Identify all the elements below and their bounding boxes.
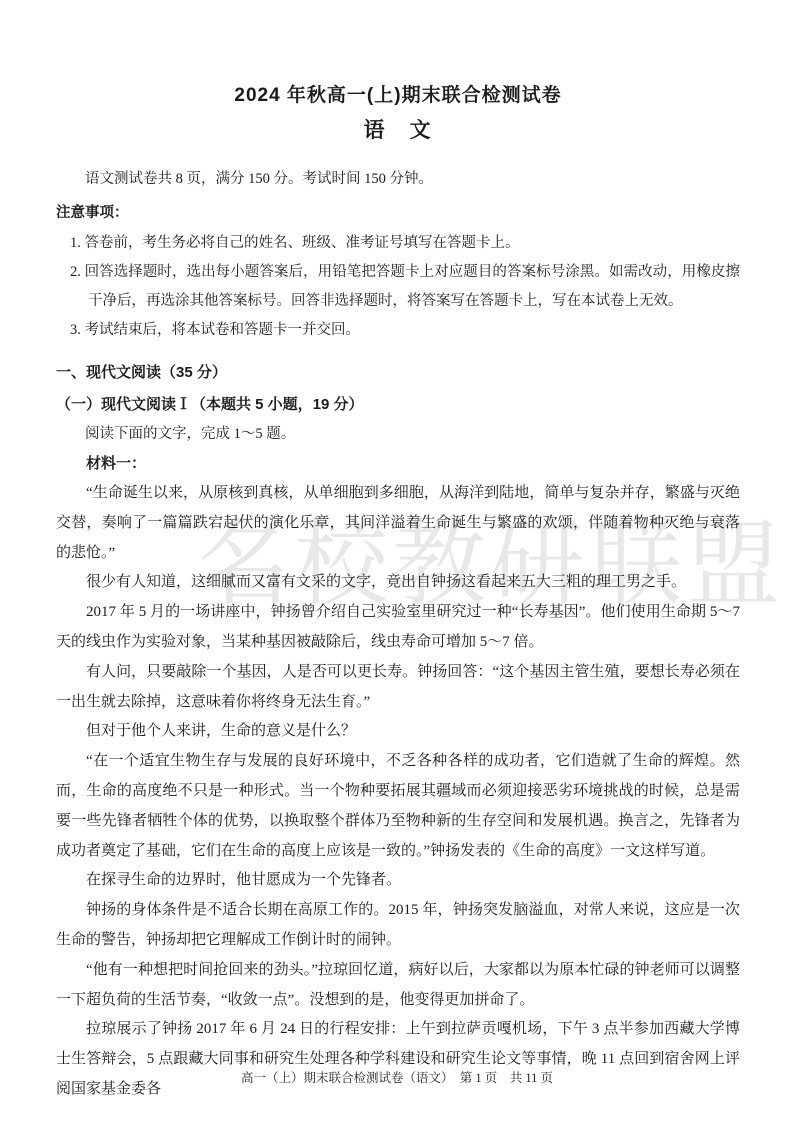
page-content: 2024 年秋高一(上)期末联合检测试卷 语 文 语文测试卷共 8 页，满分 1…	[56, 0, 740, 1105]
material-paragraph: 很少有人知道，这细腻而又富有文采的文字，竟出自钟扬这看起来五大三粗的理工男之手。	[56, 568, 740, 598]
material-paragraph: “生命诞生以来，从原核到真核，从单细胞到多细胞，从海洋到陆地，简单与复杂并存，繁…	[56, 479, 740, 568]
notice-item-2: 2. 回答选择题时，选出每小题答案后，用铅笔把答题卡上对应题目的答案标号涂黑。如…	[56, 258, 740, 316]
exam-title: 2024 年秋高一(上)期末联合检测试卷	[56, 84, 740, 108]
material-one-body: “生命诞生以来，从原核到真核，从单细胞到多细胞，从海洋到陆地，简单与复杂并存，繁…	[56, 479, 740, 1105]
reading-instruction: 阅读下面的文字，完成 1～5 题。	[56, 419, 740, 449]
notice-item-3: 3. 考试结束后，将本试卷和答题卡一并交回。	[56, 316, 740, 345]
material-paragraph: 在探寻生命的边界时，他甘愿成为一个先锋者。	[56, 866, 740, 896]
notice-item-1: 1. 答卷前，考生务必将自己的姓名、班级、准考证号填写在答题卡上。	[56, 229, 740, 258]
subsection-heading-reading-1: （一）现代文阅读Ⅰ（本题共 5 小题，19 分）	[56, 390, 740, 419]
notice-heading: 注意事项：	[56, 200, 740, 226]
section-heading-modern-reading: 一、现代文阅读（35 分）	[56, 358, 740, 387]
page-footer: 高一（上）期末联合检测试卷（语文） 第 1 页 共 11 页	[0, 1068, 794, 1088]
material-paragraph: 有人问，只要敲除一个基因，人是否可以更长寿。钟扬回答：“这个基因主管生殖，要想长…	[56, 658, 740, 718]
material-paragraph: 拉琼展示了钟扬 2017 年 6 月 24 日的行程安排：上午到拉萨贡嘎机场，下…	[56, 1015, 740, 1104]
material-paragraph: “在一个适宜生物生存与发展的良好环境中，不乏各种各样的成功者，它们造就了生命的辉…	[56, 747, 740, 866]
material-paragraph: 2017 年 5 月的一场讲座中，钟扬曾介绍自己实验室里研究过一种“长寿基因”。…	[56, 598, 740, 658]
material-one-label: 材料一：	[56, 449, 740, 479]
material-paragraph: 但对于他个人来讲，生命的意义是什么？	[56, 717, 740, 747]
exam-paper-page: 名校教研联盟 2024 年秋高一(上)期末联合检测试卷 语 文 语文测试卷共 8…	[0, 0, 794, 1123]
material-paragraph: 钟扬的身体条件是不适合长期在高原工作的。2015 年，钟扬突发脑溢血，对常人来说…	[56, 896, 740, 956]
exam-info-line: 语文测试卷共 8 页，满分 150 分。考试时间 150 分钟。	[56, 166, 740, 192]
material-paragraph: “他有一种想把时间抢回来的劲头。”拉琼回忆道，病好以后，大家都以为原本忙碌的钟老…	[56, 956, 740, 1016]
subject-title: 语 文	[56, 118, 740, 144]
